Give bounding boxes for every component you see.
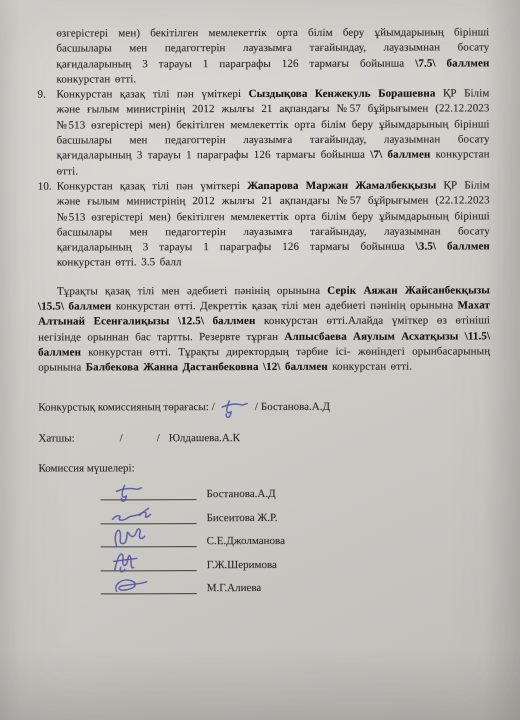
chairman-signature-line: Конкурстық комиссияның төрағасы: / / Бос…	[38, 396, 490, 417]
item-text: өзгерістері мен) бекітілген мемлекеттік …	[56, 26, 489, 85]
secretary-name: Юлдашева.А.К	[169, 432, 240, 444]
item-8-continuation: өзгерістері мен) бекітілген мемлекеттік …	[37, 25, 489, 87]
slash-separator: /	[117, 432, 126, 444]
signature-line	[101, 570, 197, 595]
signature-ink-icon	[219, 397, 251, 421]
signature-line	[101, 546, 197, 571]
item-text: Конкурстан қазақ тілі пән үміткері Сызды…	[56, 88, 489, 178]
numbered-items: өзгерістері мен) бекітілген мемлекеттік …	[37, 25, 490, 271]
chairman-label: Конкурстық комиссияның төрағасы:	[38, 401, 209, 413]
item-number: 9.	[37, 88, 55, 103]
secretary-signature-line: Хатшы: / / Юлдашева.А.К	[38, 431, 490, 444]
member-row: Бисеитова Ж.Р.	[101, 499, 491, 524]
item-9: 9. Конкурстан қазақ тілі пән үміткері Сы…	[37, 87, 489, 180]
member-signature-rows: Бостанова.А.Д Бисеитова Ж.Р. С.Е.Дж	[100, 476, 490, 595]
item-text: Конкурстан қазақ тілі пән үміткері Жапар…	[57, 179, 490, 269]
signature-line	[101, 523, 197, 548]
chairman-name: Бостанова.А.Д	[261, 400, 330, 412]
slash-separator: /	[154, 432, 163, 444]
member-row: Бостанова.А.Д	[100, 476, 490, 501]
item-number: 10.	[38, 180, 56, 195]
signature-line	[100, 476, 196, 501]
member-row: М.Г.Алиева	[101, 570, 491, 595]
results-summary-paragraph: Тұрақты қазақ тілі мен әдебиеті пәнінің …	[38, 283, 490, 376]
member-name: М.Г.Алиева	[207, 582, 262, 594]
slash-separator: /	[209, 401, 218, 413]
member-row: С.Е.Джолманова	[101, 523, 491, 548]
member-name: С.Е.Джолманова	[207, 535, 285, 547]
members-label: Комиссия мүшелері:	[38, 461, 490, 474]
signature-line	[101, 499, 197, 524]
signature-ink-icon	[109, 573, 157, 597]
member-name: Бостанова.А.Д	[207, 488, 276, 500]
member-name: Г.Ж.Шеримова	[207, 558, 277, 570]
slash-separator: /	[252, 401, 261, 413]
page-content: өзгерістері мен) бекітілген мемлекеттік …	[0, 0, 520, 595]
member-name: Бисеитова Ж.Р.	[207, 511, 278, 523]
scanned-document-page: өзгерістері мен) бекітілген мемлекеттік …	[0, 0, 520, 720]
member-row: Г.Ж.Шеримова	[101, 546, 491, 571]
item-10: 10. Конкурстан қазақ тілі пән үміткері Ж…	[38, 178, 490, 271]
secretary-label: Хатшы:	[38, 432, 74, 444]
